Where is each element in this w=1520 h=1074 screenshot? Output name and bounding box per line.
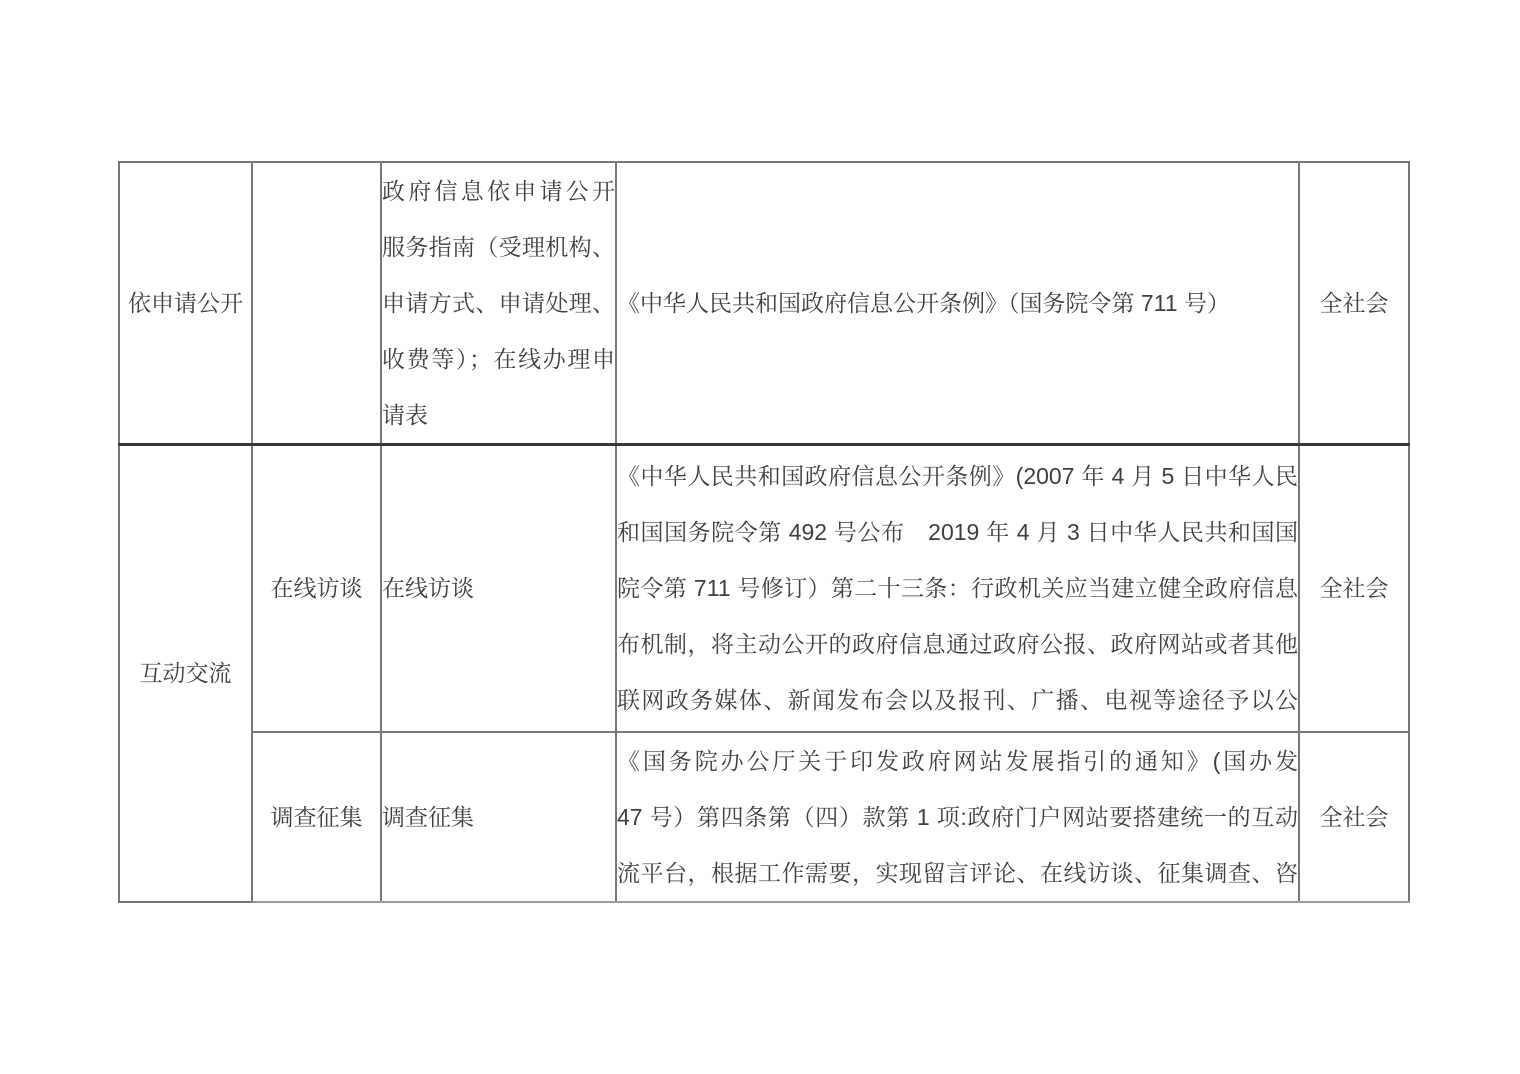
subcategory-label: 在线访谈 (271, 575, 363, 601)
item-label: 在线访谈 (382, 575, 474, 601)
cell-audience: 全社会 (1299, 445, 1409, 732)
category-label: 依申请公开 (128, 290, 243, 316)
basis-line: 《中华人民共和国政府信息公开条例》（国务院令第 711 号） (617, 275, 1298, 331)
basis-line: 布机制，将主动公开的政府信息通过政府公报、政府网站或者其他互 (617, 616, 1298, 672)
cell-category: 依申请公开 (119, 162, 252, 445)
cell-legal-basis: 《中华人民共和国政府信息公开条例》(2007 年 4 月 5 日中华人民共 和国… (616, 445, 1299, 732)
table-row: 调查征集 调查征集 《国务院办公厅关于印发政府网站发展指引的通知》(国办发〔20… (119, 732, 1409, 902)
item-line: 收费等）；在线办理申 (382, 331, 615, 387)
category-label: 互动交流 (140, 660, 232, 686)
document-page: 依申请公开 政府信息依申请公开 服务指南（受理机构、 申请方式、申请处理、 收费… (0, 0, 1520, 1074)
basis-line: 联网政务媒体、新闻发布会以及报刊、广播、电视等途径予以公开。 (617, 672, 1298, 728)
cell-item: 调查征集 (381, 732, 616, 902)
item-line: 服务指南（受理机构、 (382, 219, 615, 275)
basis-line: 院令第 711 号修订）第二十三条：行政机关应当建立健全政府信息发 (617, 560, 1298, 616)
cell-subcategory-empty (252, 162, 381, 445)
cell-subcategory: 调查征集 (252, 732, 381, 902)
cell-audience: 全社会 (1299, 162, 1409, 445)
basis-line: 47 号）第四条第（四）款第 1 项:政府门户网站要搭建统一的互动交 (617, 789, 1298, 845)
cell-item: 政府信息依申请公开 服务指南（受理机构、 申请方式、申请处理、 收费等）；在线办… (381, 162, 616, 445)
item-line: 申请方式、申请处理、 (382, 275, 615, 331)
item-line: 请表 (382, 387, 615, 443)
basis-line: 和国国务院令第 492 号公布 2019 年 4 月 3 日中华人民共和国国务 (617, 504, 1298, 560)
disclosure-table: 依申请公开 政府信息依申请公开 服务指南（受理机构、 申请方式、申请处理、 收费… (118, 161, 1410, 903)
audience-label: 全社会 (1320, 290, 1389, 316)
cell-legal-basis: 《中华人民共和国政府信息公开条例》（国务院令第 711 号） (616, 162, 1299, 445)
cell-category: 互动交流 (119, 445, 252, 902)
cell-audience: 全社会 (1299, 732, 1409, 902)
table-row: 依申请公开 政府信息依申请公开 服务指南（受理机构、 申请方式、申请处理、 收费… (119, 162, 1409, 445)
basis-line: 《国务院办公厅关于印发政府网站发展指引的通知》(国办发〔2017〕 (617, 733, 1298, 789)
basis-line: 《中华人民共和国政府信息公开条例》(2007 年 4 月 5 日中华人民共 (617, 448, 1298, 504)
audience-label: 全社会 (1320, 804, 1389, 830)
table-row: 互动交流 在线访谈 在线访谈 《中华人民共和国政府信息公开条例》(2007 年 … (119, 445, 1409, 732)
audience-label: 全社会 (1320, 575, 1389, 601)
basis-line: 流平台，根据工作需要，实现留言评论、在线访谈、征集调查、咨询 (617, 845, 1298, 901)
subcategory-label: 调查征集 (271, 804, 363, 830)
item-line: 政府信息依申请公开 (382, 163, 615, 219)
item-label: 调查征集 (382, 804, 474, 830)
cell-subcategory: 在线访谈 (252, 445, 381, 732)
cell-legal-basis: 《国务院办公厅关于印发政府网站发展指引的通知》(国办发〔2017〕 47 号）第… (616, 732, 1299, 902)
cell-item: 在线访谈 (381, 445, 616, 732)
